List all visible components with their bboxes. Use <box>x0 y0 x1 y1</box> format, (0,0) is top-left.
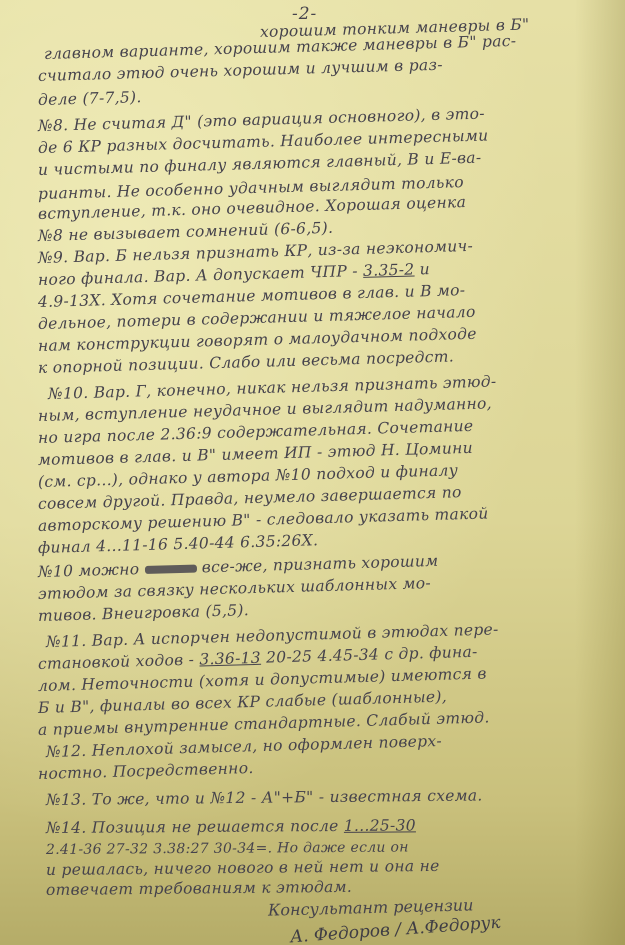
handwritten-page: -2- хорошим тонким маневры в Б" главном … <box>0 0 625 945</box>
underlined-move: 3.35-2 <box>363 260 415 279</box>
text-line: №14. Позиция не решается после 1...25-30 <box>46 814 611 838</box>
underlined-move: 3.36-13 <box>199 649 261 669</box>
text-line: №13. То же, что и №12 - А"+Б" - известна… <box>46 784 611 810</box>
underlined-move: 1...25-30 <box>344 816 416 835</box>
struck-out-word <box>144 565 196 574</box>
